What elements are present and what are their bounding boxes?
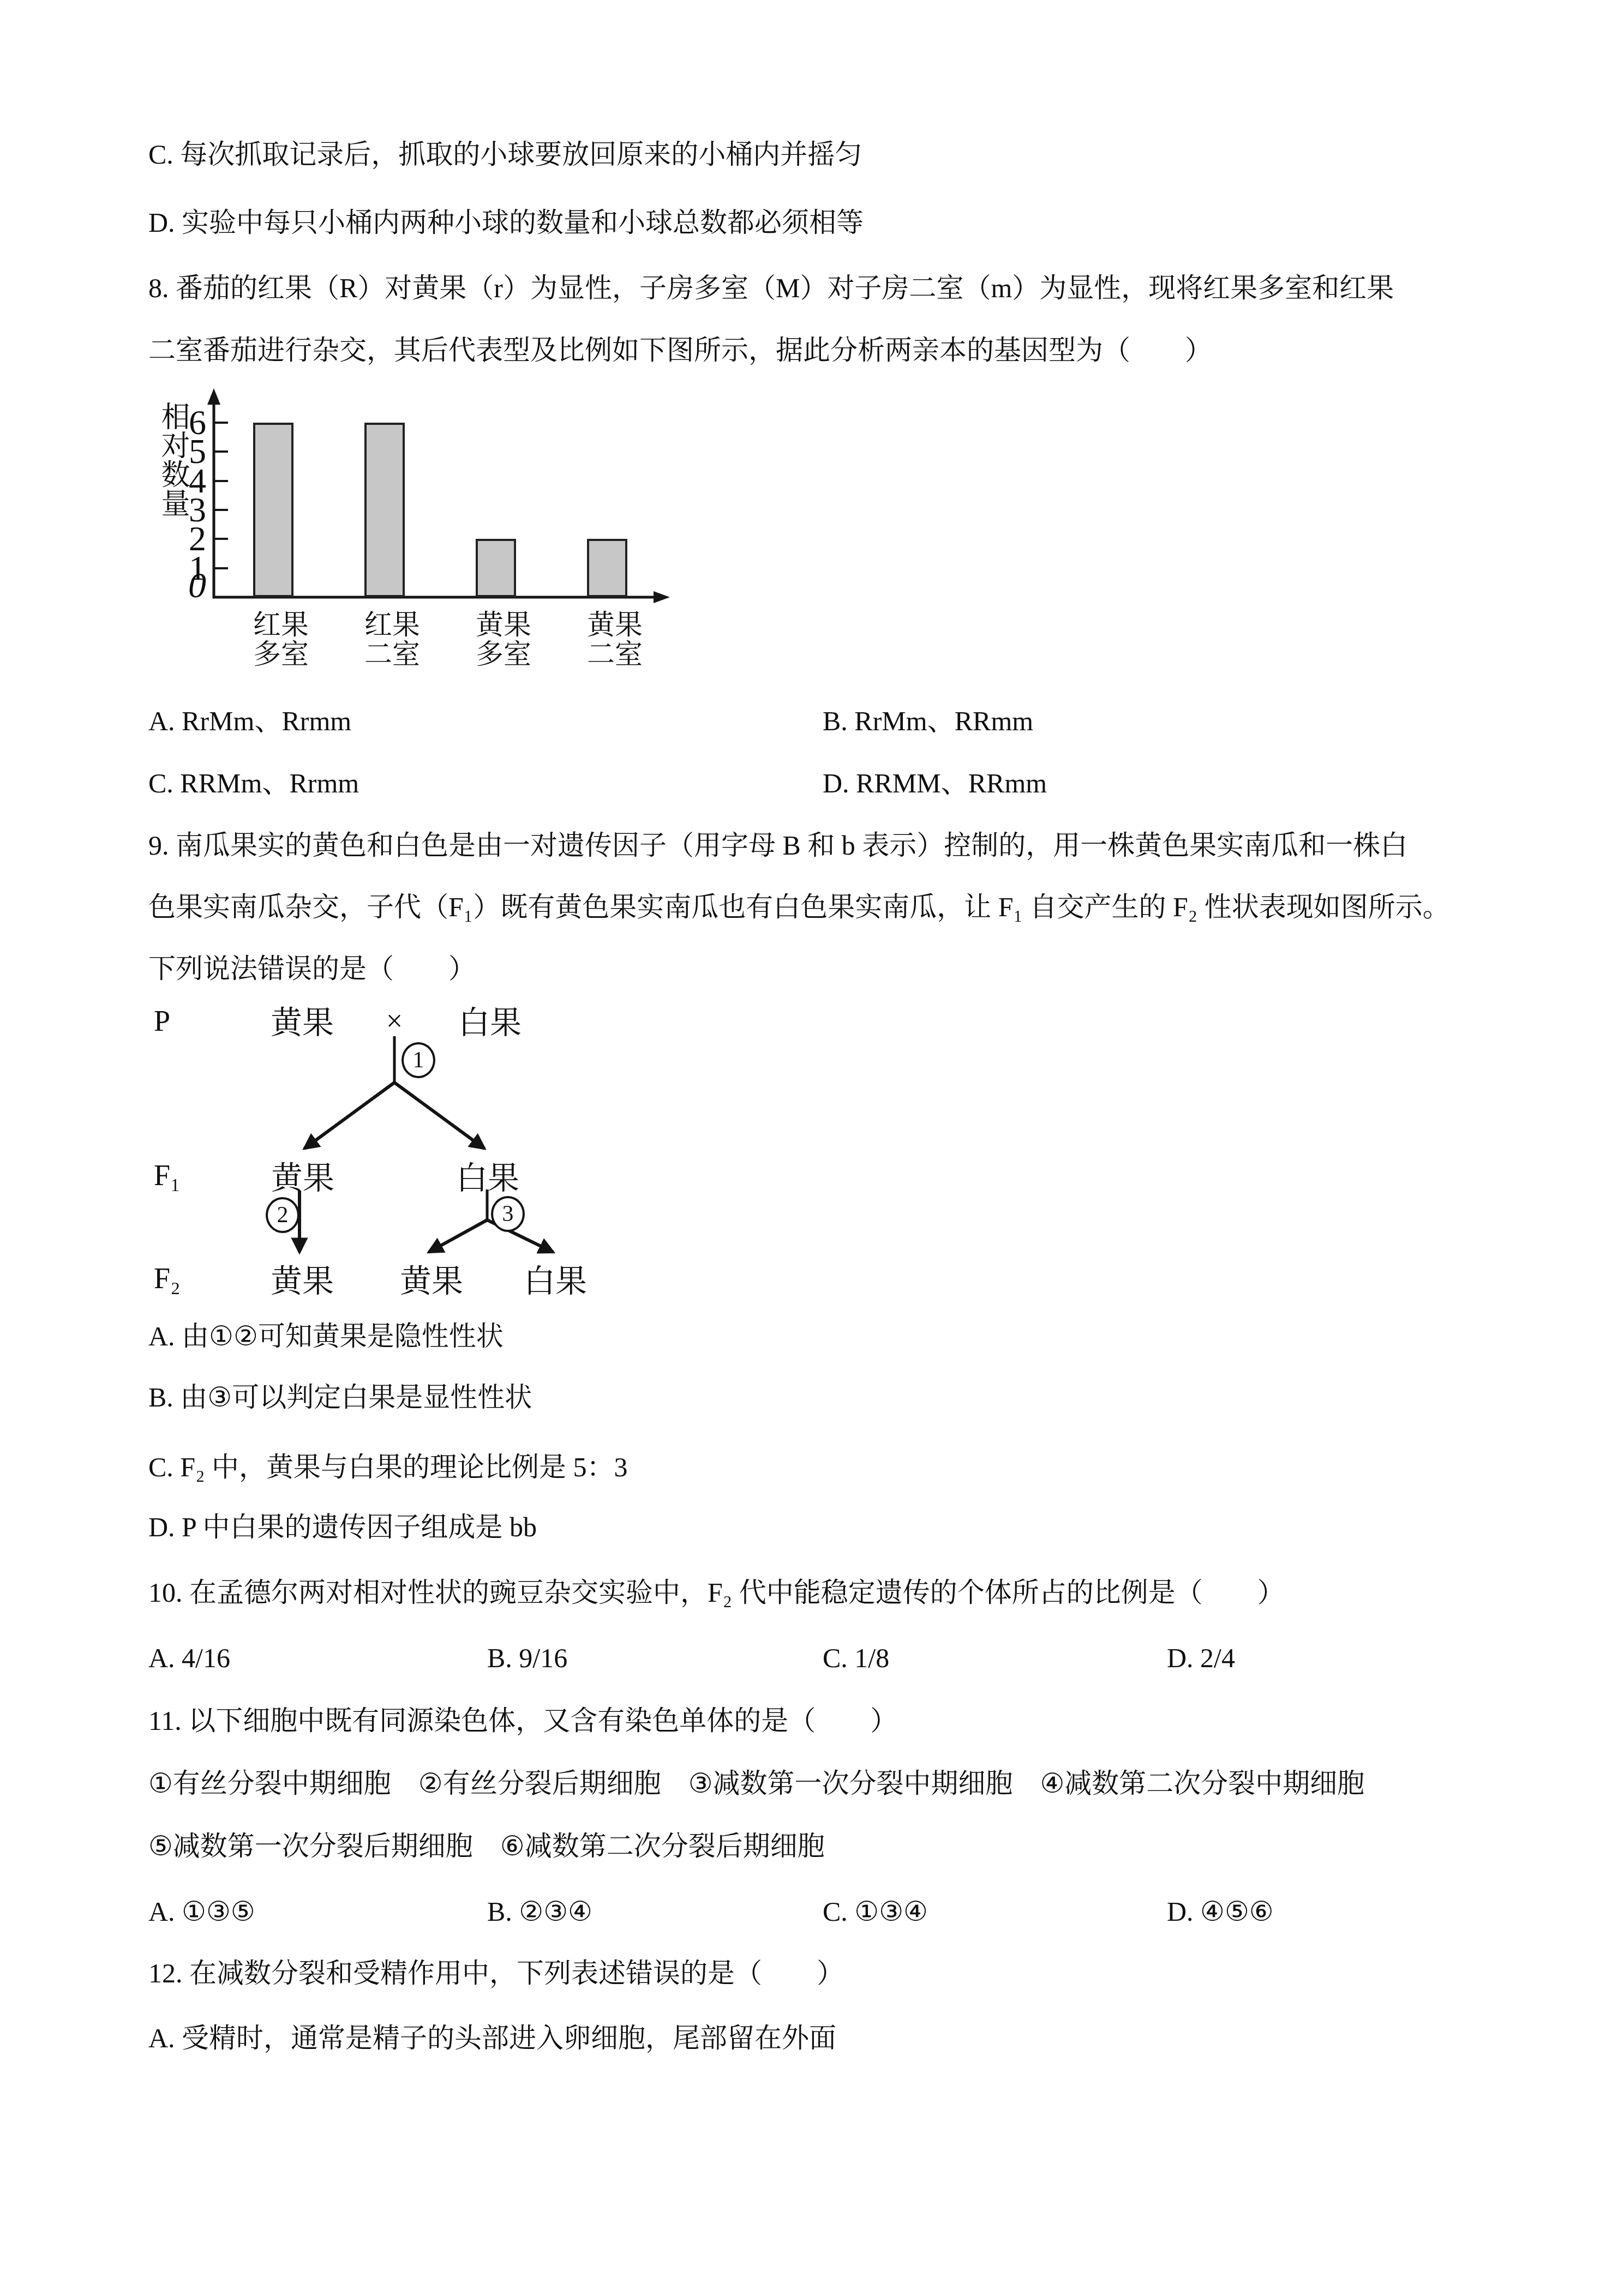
diagram-f2-white: 白果 (524, 1255, 587, 1301)
q11-option-b: B. ②③④ (487, 1895, 592, 1928)
y-tick-mark-3 (214, 509, 228, 511)
x-category-label-红果二室: 红果 二室 (343, 611, 441, 670)
x-category-label-黄果二室: 黄果 二室 (566, 611, 664, 670)
bar-红果多室 (253, 423, 293, 597)
diagram-gen-f2: F₂ (154, 1261, 181, 1295)
q10-option-d: D. 2/4 (1167, 1641, 1235, 1675)
diagram-gen-p: P (154, 1004, 170, 1038)
q10-option-a: A. 4/16 (148, 1641, 230, 1675)
y-tick-label-6: 6 (164, 402, 206, 443)
q9-stem-line3: 下列说法错误的是（ ） (148, 952, 476, 985)
q11-option-a: A. ①③⑤ (148, 1895, 255, 1928)
y-tick-mark-4 (214, 480, 228, 482)
y-tick-mark-1 (214, 567, 228, 569)
q9-stem-line2: 色果实南瓜杂交，子代（F₁）既有黄色果实南瓜也有白色果实南瓜，让 F₁ 自交产生… (148, 890, 1450, 924)
diagram-p-white: 白果 (458, 997, 522, 1043)
y-tick-mark-6 (214, 422, 228, 424)
diagram-gen-f1: F₁ (154, 1158, 181, 1192)
x-category-label-红果多室: 红果 多室 (232, 611, 330, 670)
diagram-f2-yellow-2: 黄果 (400, 1255, 463, 1301)
q11-option-c: C. ①③④ (823, 1895, 928, 1928)
q10-stem: 10. 在孟德尔两对相对性状的豌豆杂交实验中，F₂ 代中能稳定遗传的个体所占的比… (148, 1576, 1285, 1609)
diagram-circled-3: 3 (491, 1196, 525, 1232)
q8-option-d: D. RRMM、RRmm (823, 766, 1047, 800)
q10-option-b: B. 9/16 (487, 1641, 567, 1675)
cross-diagram: P F₁ F₂ 黄果 × 白果 黄果 白果 黄果 黄果 白果 1 2 3 (147, 993, 611, 1309)
q9-option-b: B. 由③可以判定白果是显性性状 (148, 1380, 532, 1414)
q8-option-b: B. RrMm、RRmm (823, 704, 1033, 738)
x-axis-arrow-icon (654, 591, 670, 603)
diagram-circled-1: 1 (401, 1042, 435, 1078)
bar-黄果二室 (587, 539, 627, 597)
q11-stem: 11. 以下细胞中既有同源染色体，又含有染色单体的是（ ） (148, 1704, 897, 1738)
diagram-p-yellow: 黄果 (271, 997, 334, 1043)
q12-option-a: A. 受精时，通常是精子的头部进入卵细胞，尾部留在外面 (148, 2021, 836, 2055)
exam-page: C. 每次抓取记录后，抓取的小球要放回原来的小桶内并摇匀 D. 实验中每只小桶内… (0, 0, 1624, 2296)
bar-chart: 相对数量 0 123456 红果 多室红果 二室黄果 多室黄果 二室 (147, 382, 687, 679)
q8-stem-line1: 8. 番茄的红果（R）对黄果（r）为显性，子房多室（M）对子房二室（m）为显性，… (148, 271, 1394, 305)
diagram-f1-yellow: 黄果 (271, 1152, 334, 1198)
q10-option-c: C. 1/8 (823, 1641, 889, 1675)
q8-option-a: A. RrMm、Rrmm (148, 704, 351, 738)
q11-items-line1: ①有丝分裂中期细胞 ②有丝分裂后期细胞 ③减数第一次分裂中期细胞 ④减数第二次分… (148, 1766, 1364, 1800)
diagram-circled-2: 2 (266, 1197, 299, 1233)
q9-option-a: A. 由①②可知黄果是隐性性状 (148, 1319, 504, 1353)
q7-option-d: D. 实验中每只小桶内两种小球的数量和小球总数都必须相等 (148, 206, 864, 239)
q8-option-c: C. RRMm、Rrmm (148, 766, 359, 800)
q11-items-line2: ⑤减数第一次分裂后期细胞 ⑥减数第二次分裂后期细胞 (148, 1829, 825, 1863)
q9-stem-line1: 9. 南瓜果实的黄色和白色是由一对遗传因子（用字母 B 和 b 表示）控制的，用… (148, 828, 1407, 862)
q9-option-d: D. P 中白果的遗传因子组成是 bb (148, 1510, 537, 1544)
diagram-cross-icon: × (386, 1004, 403, 1038)
y-tick-mark-5 (214, 450, 228, 453)
q8-stem-line2: 二室番茄进行杂交，其后代表型及比例如下图所示，据此分析两亲本的基因型为（ ） (148, 333, 1212, 367)
bar-黄果多室 (476, 539, 516, 597)
x-category-label-黄果多室: 黄果 多室 (454, 611, 553, 670)
bar-红果二室 (364, 423, 405, 597)
y-tick-mark-2 (214, 538, 228, 540)
y-axis-arrow-icon (207, 388, 220, 405)
diagram-f2-yellow-1: 黄果 (271, 1255, 334, 1301)
q12-stem: 12. 在减数分裂和受精作用中，下列表述错误的是（ ） (148, 1956, 844, 1990)
diagram-f1-white: 白果 (456, 1152, 519, 1198)
q9-option-c: C. F₂ 中，黄果与白果的理论比例是 5：3 (148, 1450, 628, 1484)
q7-option-c: C. 每次抓取记录后，抓取的小球要放回原来的小桶内并摇匀 (148, 137, 862, 171)
q11-option-d: D. ④⑤⑥ (1167, 1895, 1274, 1928)
